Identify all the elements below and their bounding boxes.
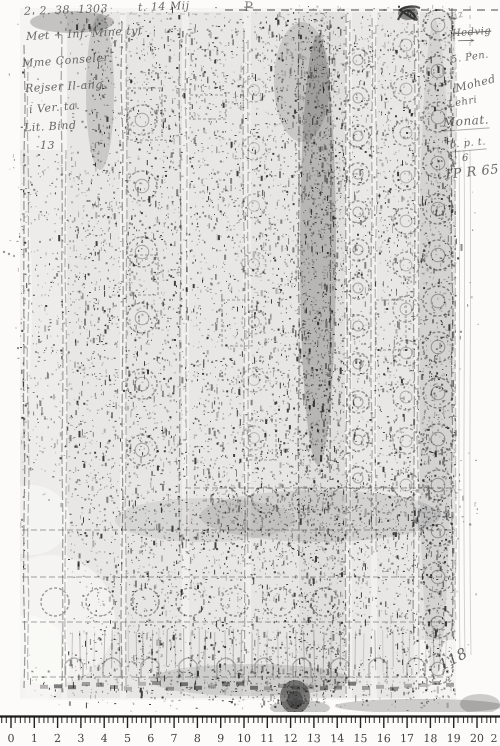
ruler-label: 0 <box>7 732 14 745</box>
ruler-label: 9 <box>217 732 225 745</box>
ruler-label: 14 <box>330 732 345 746</box>
ruler-label: 16 <box>377 732 392 746</box>
ruler-label: 11 <box>260 732 274 745</box>
annotation-date-right: t. 14 Mij <box>138 0 190 14</box>
ruler-label: 20 <box>470 732 484 745</box>
ruler-label: 2 <box>54 732 62 745</box>
ruler-label: 5 <box>124 732 131 745</box>
ruler-label: 8 <box>194 732 201 745</box>
ruler-label-overflow: 2 <box>491 732 498 745</box>
annotation-line6: Lit. Bind <box>24 119 77 135</box>
scanned-rubbing-sheet: 2. 2. 38. 1303 t. 14 Mij Met + Inf. Mine… <box>0 0 500 746</box>
ruler-label: 15 <box>353 732 367 745</box>
ruler-label: 6 <box>147 732 154 745</box>
ruler-label: 17 <box>400 732 414 745</box>
annotation-line7: 13 <box>40 139 55 152</box>
ruler-label: 3 <box>77 732 84 745</box>
annotation-right-line4: Monat. <box>442 112 489 131</box>
ruler-label: 4 <box>101 732 108 745</box>
ruler-label: 18 <box>423 732 438 746</box>
ruler: 012345678910111213141516171819202 <box>0 712 500 746</box>
ruler-label: 12 <box>283 732 297 746</box>
ruler-label: 7 <box>170 732 177 745</box>
ruler-label: 1 <box>31 732 38 745</box>
ruler-label: 13 <box>307 732 322 746</box>
ruler-label: 10 <box>237 732 251 745</box>
ruler-label: 19 <box>447 732 461 745</box>
top-center-mark: P <box>243 0 253 15</box>
annotation-right-line6: 6 <box>462 153 469 164</box>
annotation-right-arrow: → <box>456 36 477 47</box>
